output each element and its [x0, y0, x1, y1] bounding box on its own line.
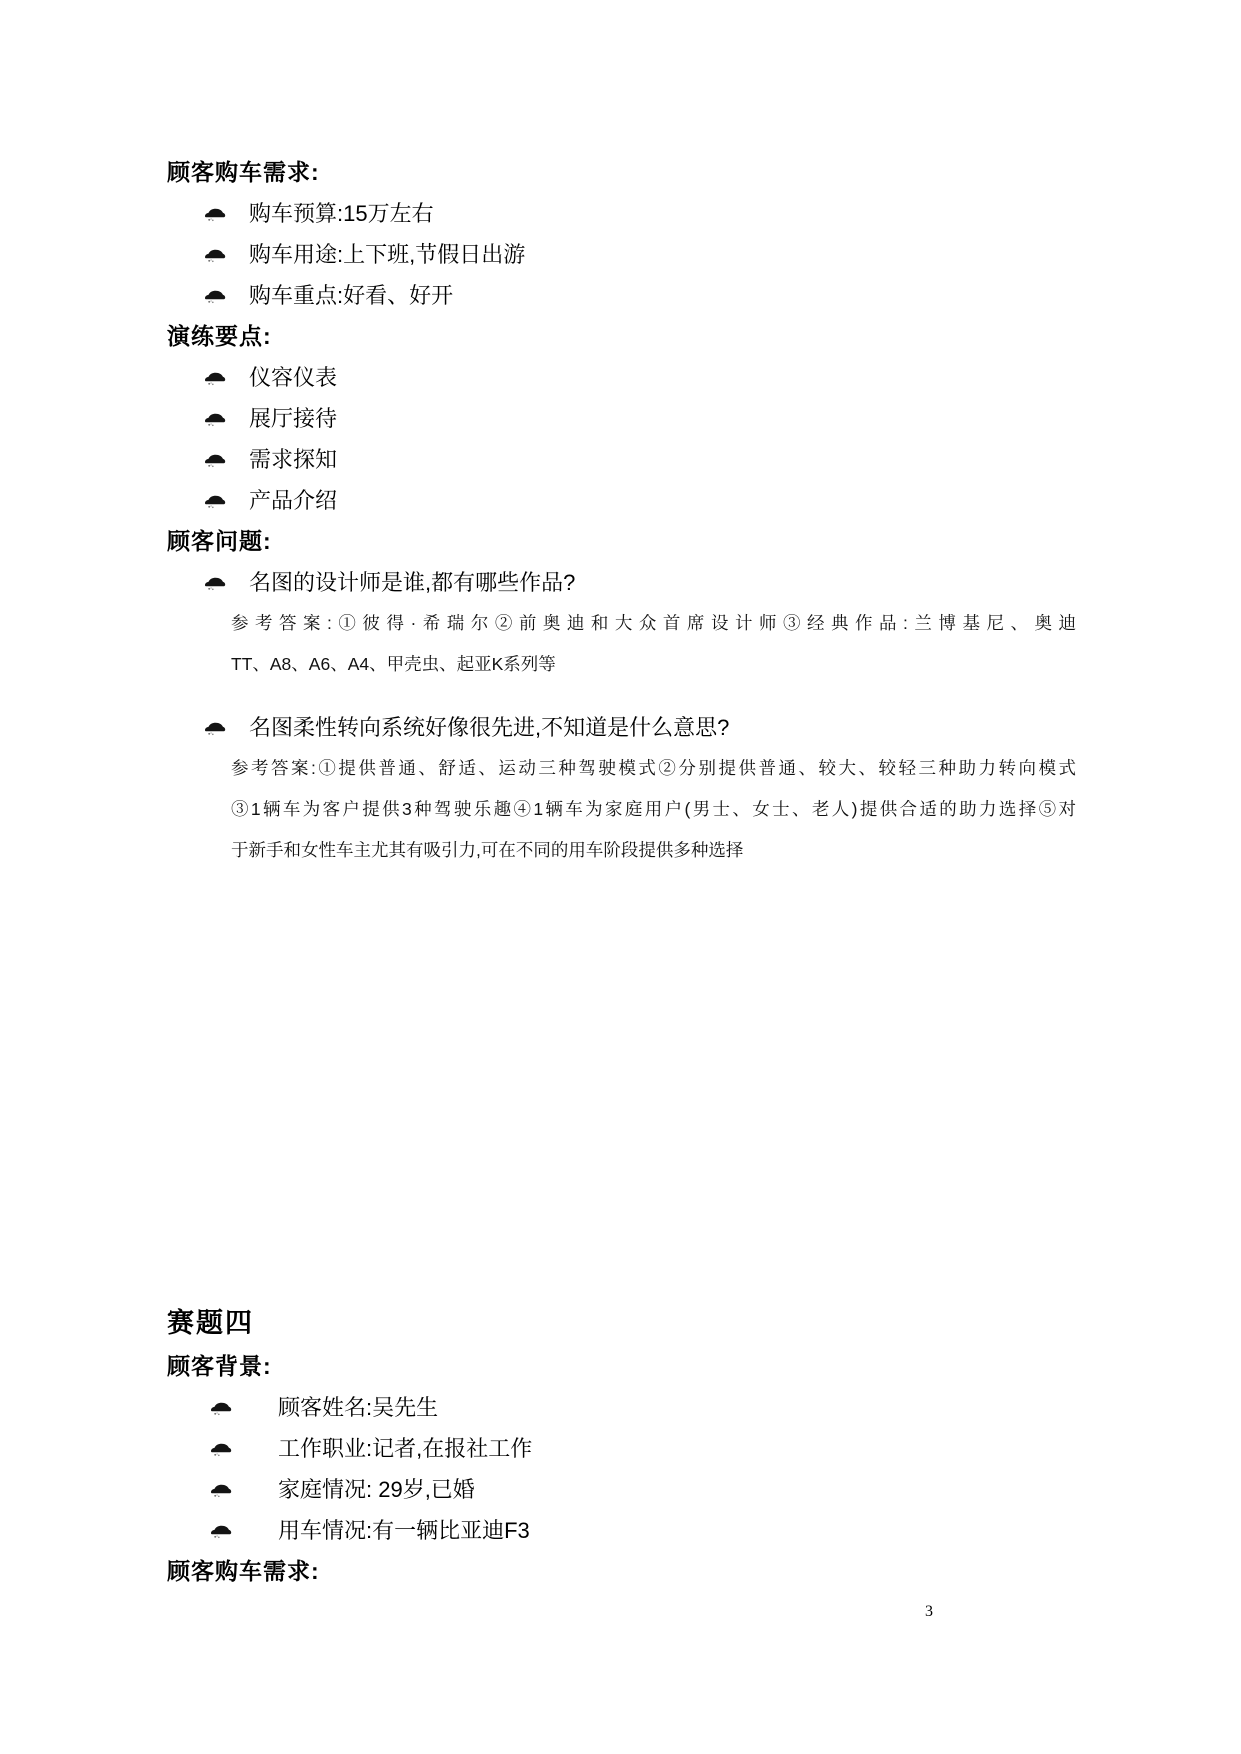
- reference-answer: 参考答案:①提供普通、舒适、运动三种驾驶模式②分别提供普通、较大、较轻三种助力转…: [231, 748, 1076, 871]
- list-item: 家庭情况: 29岁,已婚: [167, 1469, 1073, 1510]
- contest-title: 赛题四: [167, 1300, 1073, 1346]
- list-item: 需求探知: [167, 439, 1073, 480]
- list-item-text: 名图柔性转向系统好像很先进,不知道是什么意思?: [249, 707, 1073, 748]
- reference-answer-line: 参考答案:①提供普通、舒适、运动三种驾驶模式②分别提供普通、较大、较轻三种助力转…: [231, 748, 1076, 789]
- reference-answer-line: 于新手和女性车主尤其有吸引力,可在不同的用车阶段提供多种选择: [231, 830, 1076, 871]
- reference-answer-line: 参考答案:①彼得·希瑞尔②前奥迪和大众首席设计师③经典作品:兰博基尼、奥迪: [231, 603, 1076, 644]
- car-icon: [203, 493, 227, 509]
- list-item-text: 购车用途:上下班,节假日出游: [249, 234, 1073, 275]
- list-item: 产品介绍: [167, 480, 1073, 521]
- car-icon: [209, 1523, 233, 1539]
- car-icon: [203, 720, 227, 736]
- list-item-text: 购车预算:15万左右: [249, 193, 1073, 234]
- list-item: 仪容仪表: [167, 357, 1073, 398]
- car-icon: [203, 575, 227, 591]
- page-number: 3: [925, 1603, 933, 1621]
- list-item-text: 仪容仪表: [249, 357, 1073, 398]
- car-icon: [203, 452, 227, 468]
- list-item-text: 需求探知: [249, 439, 1073, 480]
- list-item-text: 用车情况:有一辆比亚迪F3: [278, 1510, 1073, 1551]
- list-item-text: 家庭情况: 29岁,已婚: [278, 1469, 1073, 1510]
- car-icon: [209, 1441, 233, 1457]
- list-item-text: 工作职业:记者,在报社工作: [278, 1428, 1073, 1469]
- list-item-text: 名图的设计师是谁,都有哪些作品?: [249, 562, 1073, 603]
- section-heading: 顾客问题:: [167, 521, 1073, 562]
- list-item: 购车用途:上下班,节假日出游: [167, 234, 1073, 275]
- section-heading: 顾客购车需求:: [167, 1551, 1073, 1592]
- list-item-text: 展厅接待: [249, 398, 1073, 439]
- list-item: 购车重点:好看、好开: [167, 275, 1073, 316]
- car-icon: [203, 288, 227, 304]
- section-heading: 顾客背景:: [167, 1346, 1073, 1387]
- car-icon: [203, 411, 227, 427]
- reference-answer: 参考答案:①彼得·希瑞尔②前奥迪和大众首席设计师③经典作品:兰博基尼、奥迪TT、…: [231, 603, 1076, 685]
- list-item-text: 顾客姓名:吴先生: [278, 1387, 1073, 1428]
- document-page: 顾客购车需求: 购车预算:15万左右 购车用途:上下班,节假日出游: [0, 0, 1241, 1754]
- list-item: 展厅接待: [167, 398, 1073, 439]
- car-icon: [209, 1482, 233, 1498]
- list-item: 购车预算:15万左右: [167, 193, 1073, 234]
- list-item: 工作职业:记者,在报社工作: [167, 1428, 1073, 1469]
- list-item-text: 购车重点:好看、好开: [249, 275, 1073, 316]
- list-item: 名图的设计师是谁,都有哪些作品?: [167, 562, 1073, 603]
- car-icon: [203, 247, 227, 263]
- content-top: 顾客购车需求: 购车预算:15万左右 购车用途:上下班,节假日出游: [167, 152, 1073, 871]
- car-icon: [209, 1400, 233, 1416]
- content-bottom: 赛题四顾客背景: 顾客姓名:吴先生 工作职业:记者,在报社工作: [167, 1300, 1073, 1592]
- car-icon: [203, 206, 227, 222]
- car-icon: [203, 370, 227, 386]
- list-item: 顾客姓名:吴先生: [167, 1387, 1073, 1428]
- reference-answer-line: TT、A8、A6、A4、甲壳虫、起亚K系列等: [231, 644, 1076, 685]
- list-item: 名图柔性转向系统好像很先进,不知道是什么意思?: [167, 707, 1073, 748]
- list-item: 用车情况:有一辆比亚迪F3: [167, 1510, 1073, 1551]
- section-heading: 顾客购车需求:: [167, 152, 1073, 193]
- list-item-text: 产品介绍: [249, 480, 1073, 521]
- section-heading: 演练要点:: [167, 316, 1073, 357]
- reference-answer-line: ③1辆车为客户提供3种驾驶乐趣④1辆车为家庭用户(男士、女士、老人)提供合适的助…: [231, 789, 1076, 830]
